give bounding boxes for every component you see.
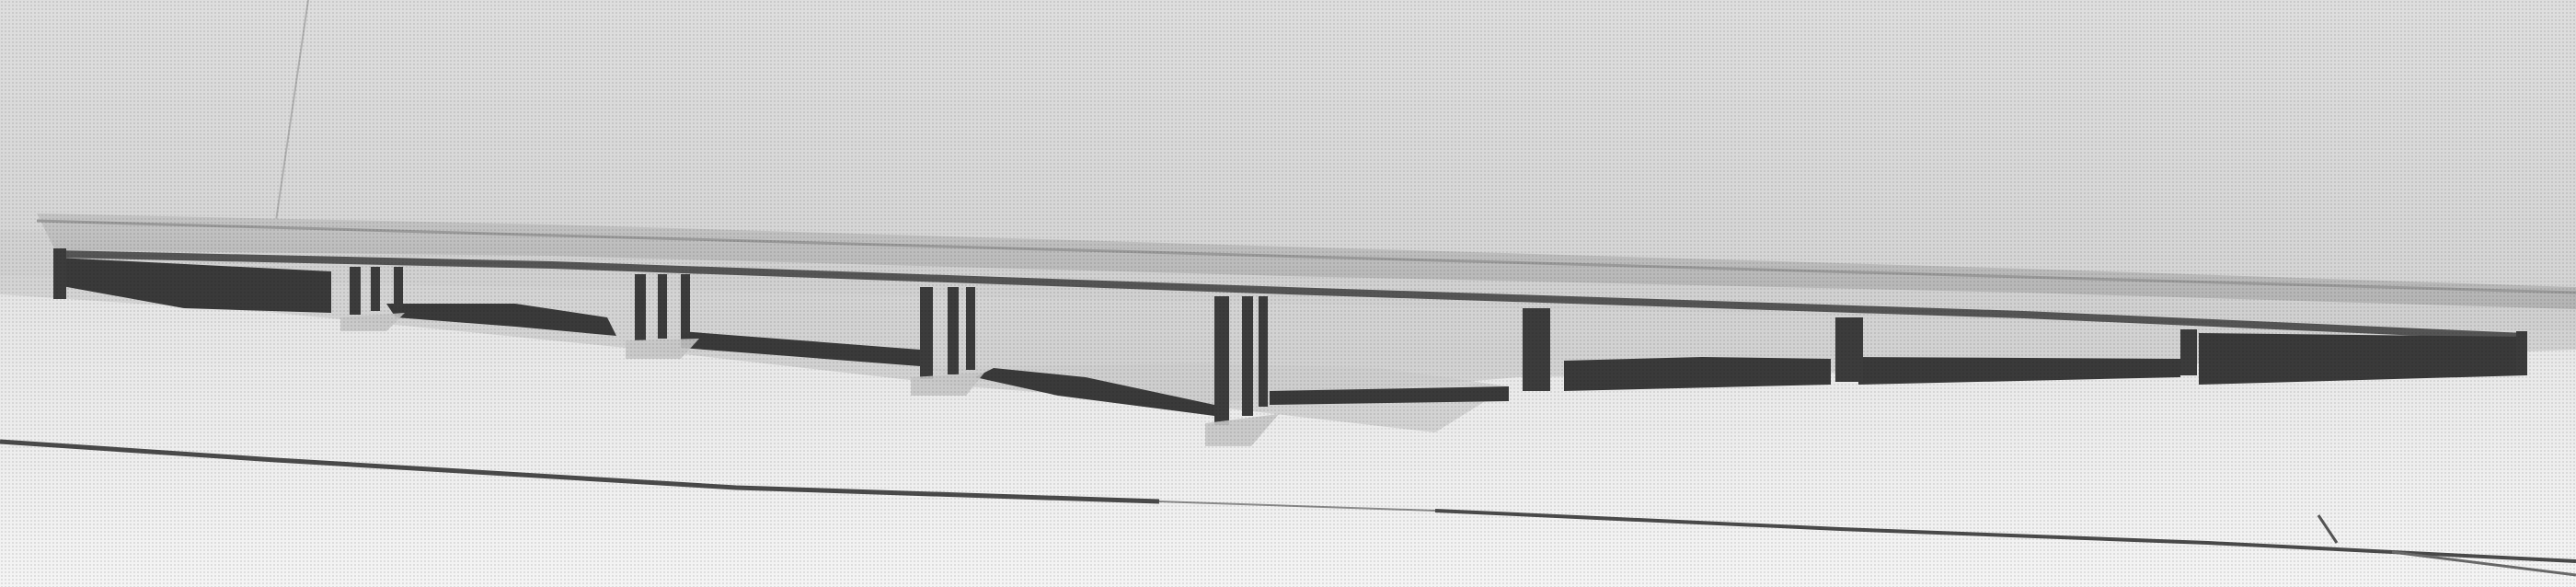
pier-5 bbox=[1523, 308, 1550, 391]
pier-3 bbox=[920, 287, 975, 379]
pier-1 bbox=[350, 267, 403, 315]
pier-2 bbox=[635, 274, 690, 340]
abutment-right bbox=[2516, 331, 2527, 375]
pier-7 bbox=[2180, 329, 2197, 375]
abutment-left bbox=[53, 248, 66, 299]
bridge-photo bbox=[0, 0, 2576, 587]
pier-6 bbox=[1835, 317, 1863, 382]
